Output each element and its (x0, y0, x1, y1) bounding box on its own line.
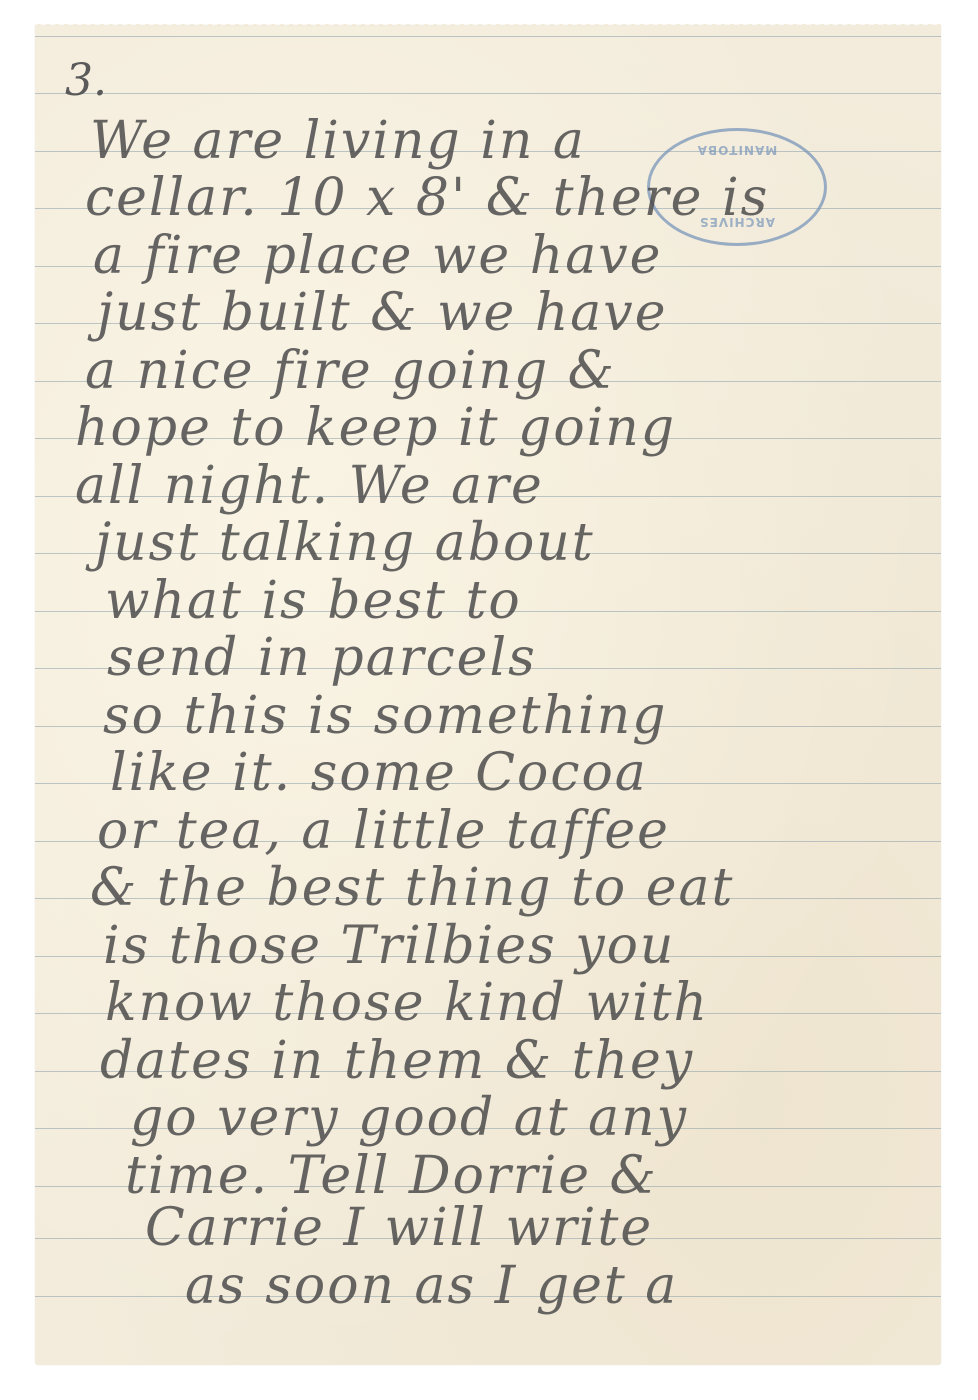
letter-page: MANITOBA ARCHIVES 3. We are living in a … (35, 25, 941, 1365)
handwritten-line: dates in them & they (100, 1035, 694, 1087)
ruled-line (35, 93, 941, 94)
handwritten-line: time. Tell Dorrie & (125, 1150, 658, 1202)
handwritten-line: We are living in a (90, 115, 586, 167)
handwritten-line: go very good at any (130, 1092, 688, 1144)
handwritten-line: so this is something (103, 690, 667, 742)
handwritten-line: just talking about (95, 517, 595, 569)
handwritten-line: just built & we have (97, 287, 667, 339)
handwritten-line: what is best to (105, 575, 522, 627)
handwritten-line: all night. We are (75, 460, 544, 512)
handwritten-line: know those kind with (105, 977, 709, 1029)
handwritten-line: a fire place we have (93, 230, 662, 282)
handwritten-line: a nice fire going & (85, 345, 616, 397)
handwritten-line: or tea, a little taffee (97, 805, 670, 857)
handwritten-line: send in parcels (107, 632, 537, 684)
page-number: 3. (65, 55, 107, 106)
handwritten-line: as soon as I get a (185, 1260, 678, 1312)
stamp-text-top: MANITOBA (650, 143, 824, 157)
handwritten-line: hope to keep it going (75, 402, 676, 454)
ruled-line (35, 36, 941, 37)
handwritten-line: cellar. 10 x 8' & there is (85, 172, 769, 224)
perforated-edge (35, 21, 941, 27)
handwritten-line: Carrie I will write (145, 1202, 653, 1254)
handwritten-line: is those Trilbies you (103, 920, 675, 972)
handwritten-line: & the best thing to eat (90, 862, 734, 914)
handwritten-line: like it. some Cocoa (110, 747, 648, 799)
